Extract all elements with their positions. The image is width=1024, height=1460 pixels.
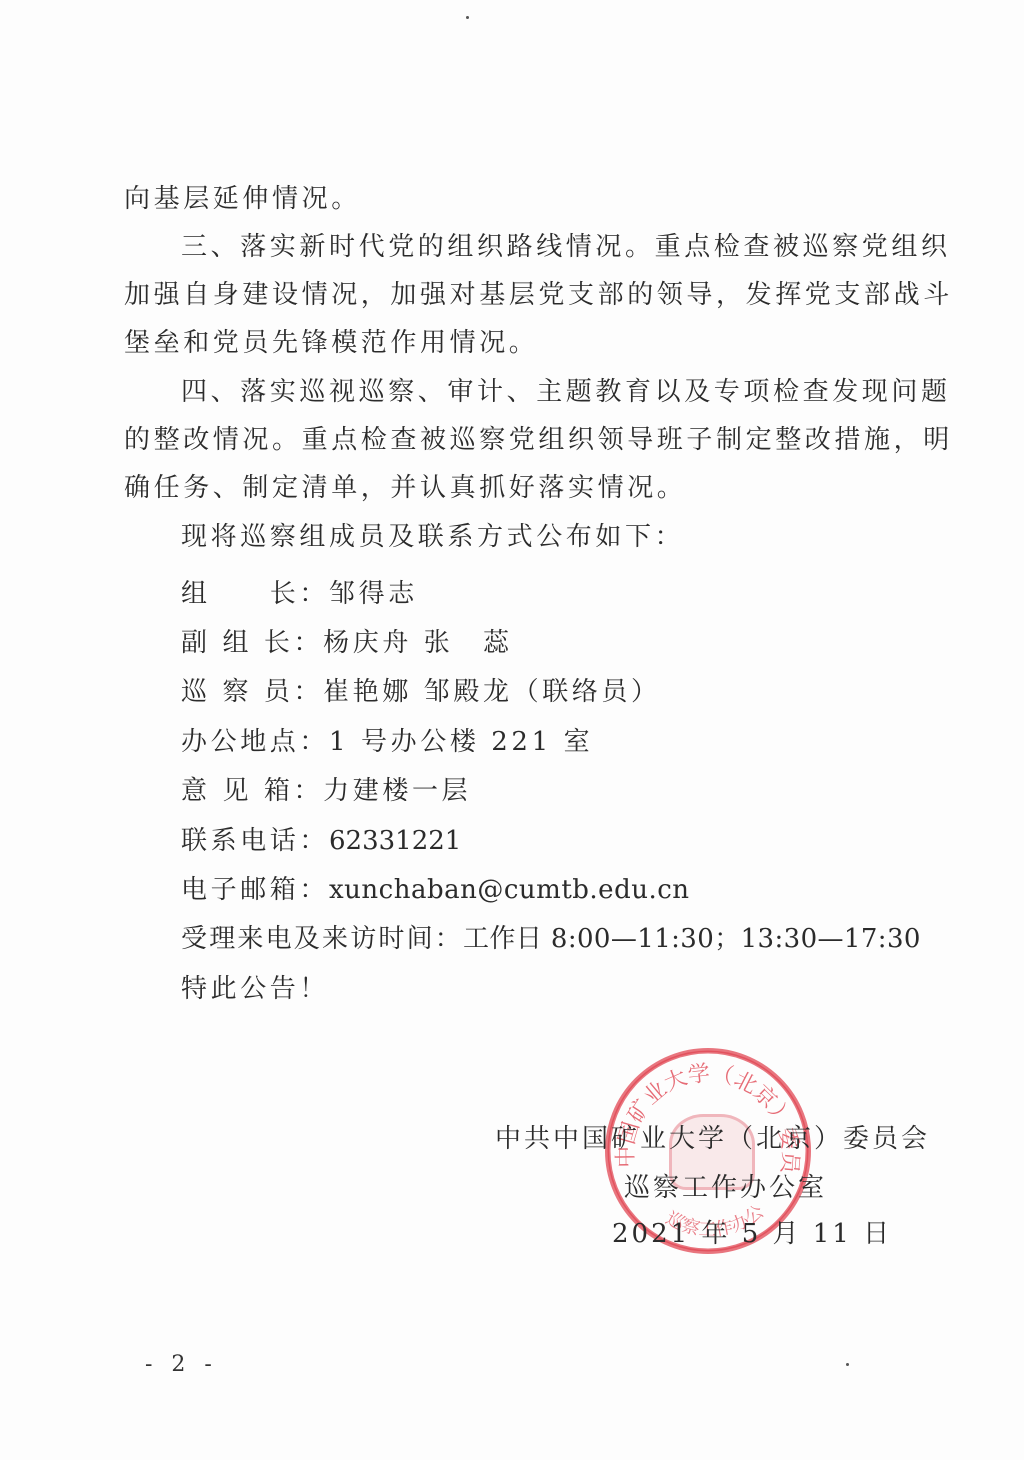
paragraph-line: 的整改情况。重点检查被巡察党组织领导班子制定整改措施，明: [124, 424, 953, 456]
contact-value: xunchaban@cumtb.edu.cn: [329, 875, 690, 905]
contact-label: 电子邮箱：: [181, 875, 329, 905]
signature-office: 巡察工作办公室: [624, 1172, 827, 1204]
contact-hours: 受理来电及来访时间：工作日 8:00—11:30；13:30—17:30: [181, 923, 921, 955]
contact-label: 办公地点：: [181, 727, 329, 757]
member-value: 邹得志: [329, 579, 418, 609]
member-value: 崔艳娜 邹殿龙（联络员）: [323, 677, 660, 707]
member-value: 杨庆舟 张 蕊: [323, 628, 512, 658]
paragraph-line: 加强自身建设情况，加强对基层党支部的领导，发挥党支部战斗: [124, 279, 953, 311]
scan-speck: [466, 16, 469, 19]
contact-label: 受理来电及来访时间：: [181, 924, 463, 954]
paragraph-line: 向基层延伸情况。: [124, 183, 361, 215]
contact-phone: 联系电话：62331221: [181, 825, 461, 857]
contact-value: 工作日 8:00—11:30；13:30—17:30: [463, 924, 921, 954]
contact-value: 62331221: [329, 826, 461, 856]
contact-office: 办公地点：1 号办公楼 221 室: [181, 726, 593, 758]
signature-date: 2021 年 5 月 11 日: [612, 1218, 892, 1250]
contact-value: 力建楼一层: [323, 776, 471, 806]
page-number: - 2 -: [145, 1352, 218, 1377]
paragraph-line: 四、落实巡视巡察、审计、主题教育以及专项检查发现问题: [181, 376, 951, 408]
member-row-deputy: 副 组 长：杨庆舟 张 蕊: [181, 627, 513, 659]
closing-text: 特此公告！: [181, 973, 329, 1005]
member-label: 巡 察 员：: [181, 676, 323, 708]
scan-speck: [846, 1363, 849, 1366]
paragraph-line: 三、落实新时代党的组织路线情况。重点检查被巡察党组织: [181, 231, 951, 263]
contact-label: 意 见 箱：: [181, 776, 323, 806]
member-label: 组 长：: [181, 578, 329, 610]
contact-email: 电子邮箱：xunchaban@cumtb.edu.cn: [181, 874, 690, 906]
paragraph-line: 确任务、制定清单，并认真抓好落实情况。: [124, 472, 686, 504]
signature-org: 中共中国矿业大学（北京）委员会: [495, 1123, 930, 1155]
contact-mailbox: 意 见 箱：力建楼一层: [181, 775, 471, 807]
contact-value: 1 号办公楼 221 室: [329, 727, 593, 757]
contact-label: 联系电话：: [181, 826, 329, 856]
member-row-leader: 组 长：邹得志: [181, 578, 418, 610]
member-row-inspectors: 巡 察 员：崔艳娜 邹殿龙（联络员）: [181, 676, 661, 708]
paragraph-line: 现将巡察组成员及联系方式公布如下：: [181, 521, 684, 553]
paragraph-line: 堡垒和党员先锋模范作用情况。: [124, 327, 538, 359]
member-label: 副 组 长：: [181, 627, 323, 659]
document-page: 向基层延伸情况。 三、落实新时代党的组织路线情况。重点检查被巡察党组织 加强自身…: [0, 0, 1024, 1460]
